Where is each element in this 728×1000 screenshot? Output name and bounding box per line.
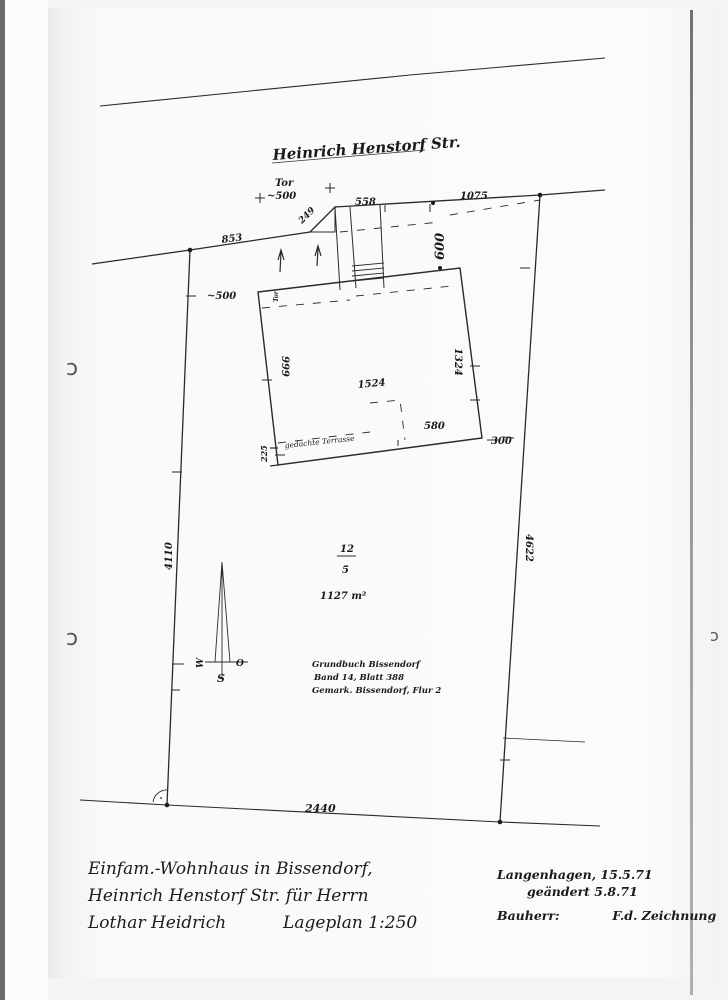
plot-right-dimension: 4622 <box>523 534 534 562</box>
title-line: Einfam.-Wohnhaus in Bissendorf, <box>88 856 417 883</box>
side-setback-dimension: 300 <box>491 436 512 447</box>
front-setback-dimension: 600 <box>433 233 448 260</box>
owner-label: Bauherr: <box>497 908 560 923</box>
front-property-line <box>92 190 605 264</box>
entry-arrows <box>278 246 321 272</box>
left-setback-dimension: ~500 <box>207 291 236 302</box>
compass-south: S <box>217 672 225 685</box>
plan-scale-label: Lageplan 1:250 <box>283 913 417 933</box>
plot-left-edge <box>167 250 190 805</box>
house-right-dimension: 1324 <box>452 348 463 376</box>
house-width-dimension: 1524 <box>357 378 386 391</box>
right-angle-mark <box>153 790 168 802</box>
place-date: Langenhagen, 15.5.71 <box>497 866 716 883</box>
street-edge-line <box>100 58 605 106</box>
land-register-line: Grundbuch Bissendorf <box>312 660 421 670</box>
house-left-dimension: 999 <box>279 356 290 377</box>
gate-width-label: ~500 <box>267 191 296 202</box>
land-register-line: Gemark. Bissendorf, Flur 2 <box>312 686 441 696</box>
survey-points <box>165 193 543 825</box>
land-register-line: Band 14, Blatt 388 <box>313 673 404 683</box>
compass-west: W <box>196 657 206 668</box>
parcel-number-top: 12 <box>340 544 354 555</box>
front-middle-dimension: 558 <box>355 197 376 208</box>
terrace-depth-dimension: 225 <box>259 445 269 463</box>
plot-bottom-edge <box>80 800 600 826</box>
title-line: Heinrich Henstorf Str. für Herrn <box>88 883 417 910</box>
revision-date: geändert 5.8.71 <box>497 883 716 900</box>
client-name: Lothar Heidrich <box>88 913 226 933</box>
terrace-right-dimension: 580 <box>424 421 445 432</box>
house-outline <box>258 268 482 465</box>
drafter-label: F.d. Zeichnung <box>612 908 716 923</box>
terrace-label: gedachte Terrasse <box>284 434 355 450</box>
plot-bottom-dimension: 2440 <box>304 802 336 815</box>
title-block-description: Einfam.-Wohnhaus in Bissendorf, Heinrich… <box>88 856 417 937</box>
plot-left-dimension: 4110 <box>164 542 175 570</box>
title-block-dates: Langenhagen, 15.5.71 geändert 5.8.71 Bau… <box>497 866 716 924</box>
small-gate-label: Tor <box>273 290 280 302</box>
compass-east: O <box>236 659 244 669</box>
parcel-number-bottom: 5 <box>342 565 349 576</box>
front-left-dimension: 853 <box>221 233 243 246</box>
signature-row: Bauherr: F.d. Zeichnung <box>497 907 716 924</box>
site-plan-drawing: Heinrich Henstorf Str. Tor ~500 249 853 … <box>0 0 728 1000</box>
chamfer-label: 249 <box>296 205 318 227</box>
plot-right-edge <box>500 195 540 822</box>
front-right-dimension: 1075 <box>460 191 488 202</box>
parcel-area: 1127 m² <box>320 591 367 602</box>
gate-label: Tor <box>275 178 294 189</box>
street-name-label: Heinrich Henstorf Str. <box>271 133 461 164</box>
title-line: Lothar Heidrich Lageplan 1:250 <box>88 910 417 937</box>
